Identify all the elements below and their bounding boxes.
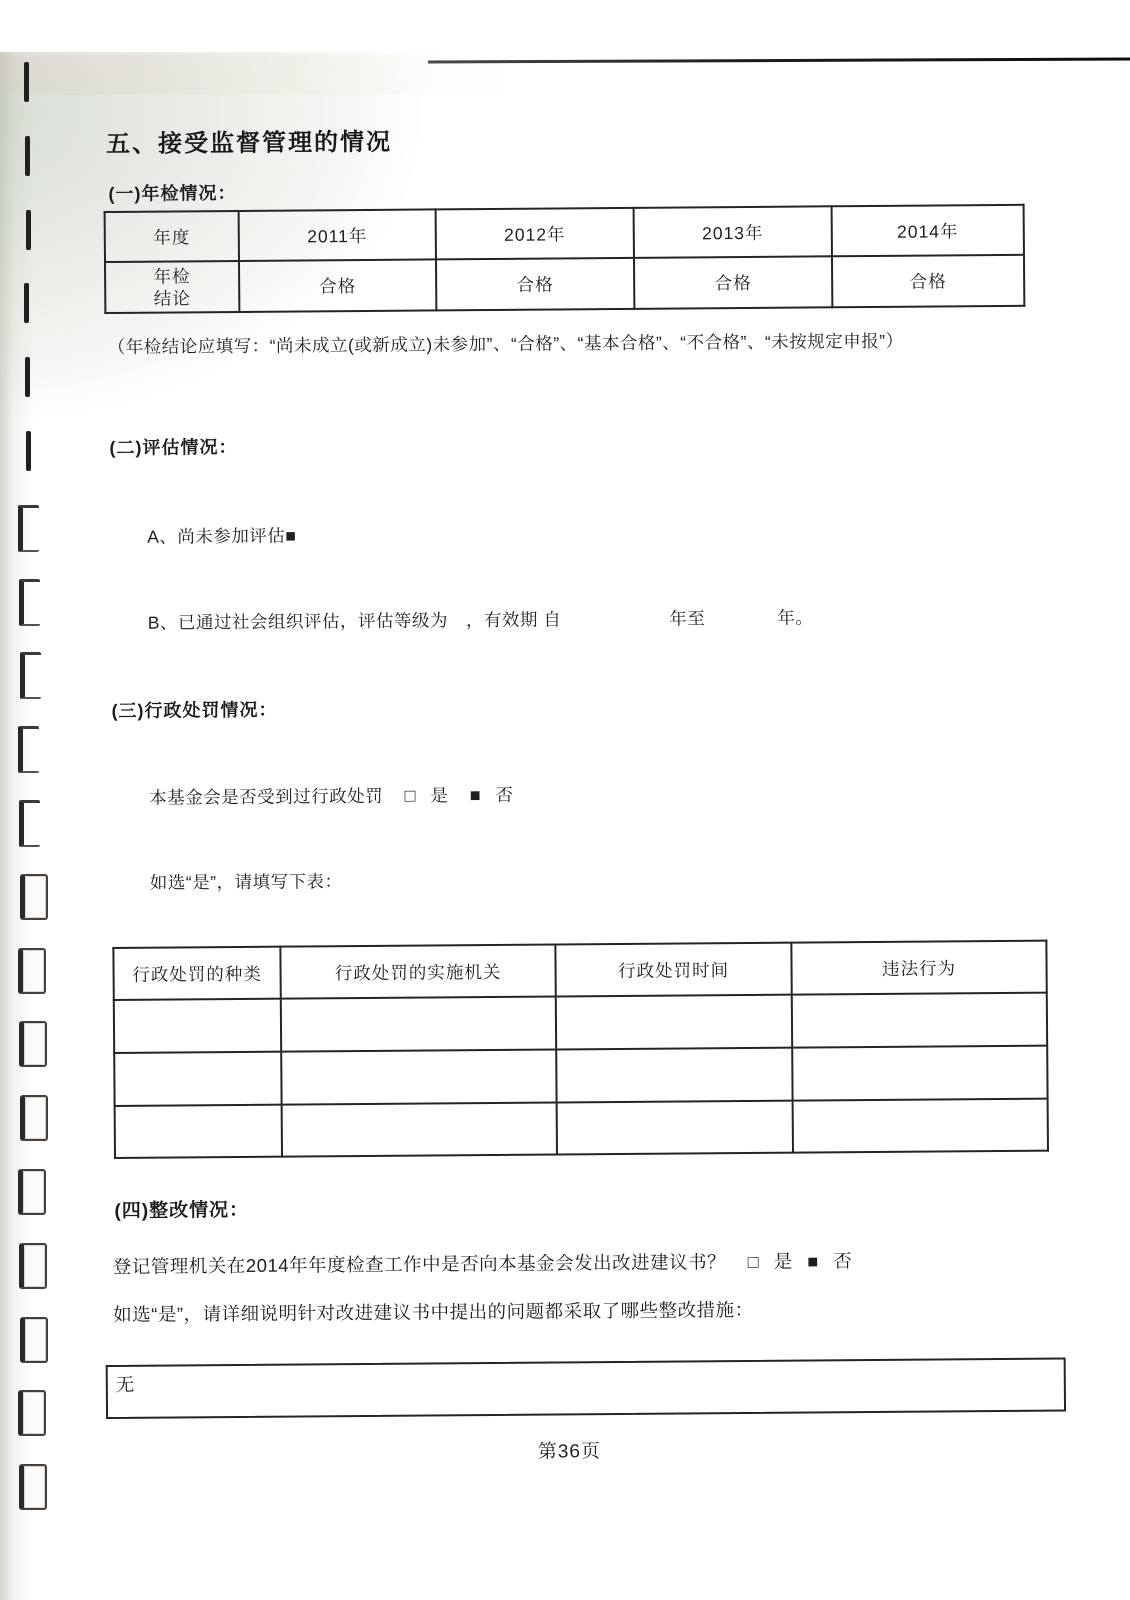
table-row (114, 1046, 1047, 1106)
annual-inspection-table: 年度 2011年 2012年 2013年 2014年 年检结论 合格 合格 合格… (104, 204, 1026, 314)
scanned-page: 五、接受监督管理的情况 (一)年检情况： 年度 2011年 2012年 2013… (0, 0, 1130, 1600)
table-row: 年检结论 合格 合格 合格 合格 (105, 255, 1024, 313)
penalty-table-header-cell: 行政处罚的实施机关 (280, 945, 555, 999)
evaluation-option-b: B、已通过社会组织评估，评估等级为 ，有效期 自 年至 年。 (148, 604, 814, 634)
penalty-table-header-cell: 违法行为 (791, 941, 1046, 995)
result-cell: 合格 (634, 256, 832, 309)
empty-cell (792, 1046, 1047, 1101)
table-row (114, 993, 1047, 1053)
rectification-question-line: 登记管理机关在2014年年度检查工作中是否向本基金会发出改进建议书？ □ 是 ■… (113, 1247, 853, 1279)
empty-cell (115, 1105, 282, 1158)
table-header-row: 行政处罚的种类 行政处罚的实施机关 行政处罚时间 违法行为 (113, 941, 1046, 1000)
empty-cell (556, 995, 792, 1050)
result-cell: 合格 (436, 258, 634, 311)
page-number: 第36页 (4, 1432, 1130, 1468)
subsection-evaluation-label: (二)评估情况： (109, 433, 237, 460)
year-cell: 2013年 (634, 206, 832, 258)
empty-cell (114, 999, 281, 1053)
checkbox-yes-unchecked-icon: □ (404, 786, 416, 807)
yes-label: 是 (774, 1251, 793, 1272)
subsection-rectification-label: (四)整改情况： (114, 1195, 249, 1223)
rectification-question-text: 登记管理机关在2014年年度检查工作中是否向本基金会发出改进建议书？ (113, 1251, 726, 1277)
empty-cell (556, 1048, 792, 1103)
year-row-header-cell: 年度 (105, 211, 239, 262)
checkbox-yes-unchecked-icon: □ (748, 1252, 760, 1273)
no-label: 否 (833, 1250, 852, 1271)
checkbox-no-checked-icon: ■ (470, 785, 482, 806)
yes-label: 是 (430, 785, 448, 805)
evaluation-option-a: A、尚未参加评估■ (147, 523, 296, 549)
penalty-table-header-cell: 行政处罚时间 (555, 943, 791, 997)
no-label: 否 (495, 785, 513, 805)
rectification-answer-box: 无 (106, 1358, 1066, 1420)
year-cell: 2014年 (832, 205, 1024, 257)
empty-cell (281, 997, 556, 1052)
result-row-header-text: 年检结论 (151, 265, 193, 309)
penalty-table-header-cell: 行政处罚的种类 (113, 947, 280, 1000)
empty-cell (282, 1102, 557, 1156)
empty-cell (793, 1099, 1048, 1153)
subsection-penalty-label: (三)行政处罚情况： (111, 696, 277, 723)
empty-cell (281, 1050, 556, 1105)
annual-inspection-note: （年检结论应填写：“尚未成立(或新成立)未参加”、“合格”、“基本合格”、“不合… (108, 326, 1046, 362)
penalty-question-line: 本基金会是否受到过行政处罚 □ 是 ■ 否 (149, 782, 513, 810)
checkbox-no-checked-icon: ■ (807, 1251, 819, 1272)
result-row-header-cell: 年检结论 (105, 261, 239, 313)
penalty-question-text: 本基金会是否受到过行政处罚 (149, 786, 383, 808)
table-row (115, 1099, 1048, 1158)
year-cell: 2012年 (436, 208, 634, 260)
empty-cell (114, 1052, 281, 1106)
empty-cell (792, 993, 1047, 1048)
result-cell: 合格 (239, 259, 436, 312)
document-content: 五、接受监督管理的情况 (一)年检情况： 年度 2011年 2012年 2013… (0, 0, 1130, 1600)
penalty-note: 如选“是”，请填写下表： (150, 868, 343, 895)
subsection-annual-inspection-label: (一)年检情况： (108, 179, 236, 206)
penalty-table: 行政处罚的种类 行政处罚的实施机关 行政处罚时间 违法行为 (112, 940, 1049, 1159)
rectification-answer-text: 无 (108, 1360, 1064, 1398)
section-title: 五、接受监督管理的情况 (106, 122, 392, 159)
empty-cell (557, 1101, 793, 1155)
rectification-note: 如选“是”，请详细说明针对改进建议书中提出的问题都采取了哪些整改措施： (113, 1296, 754, 1327)
year-cell: 2011年 (239, 209, 436, 261)
result-cell: 合格 (832, 255, 1024, 308)
table-row: 年度 2011年 2012年 2013年 2014年 (105, 205, 1024, 262)
